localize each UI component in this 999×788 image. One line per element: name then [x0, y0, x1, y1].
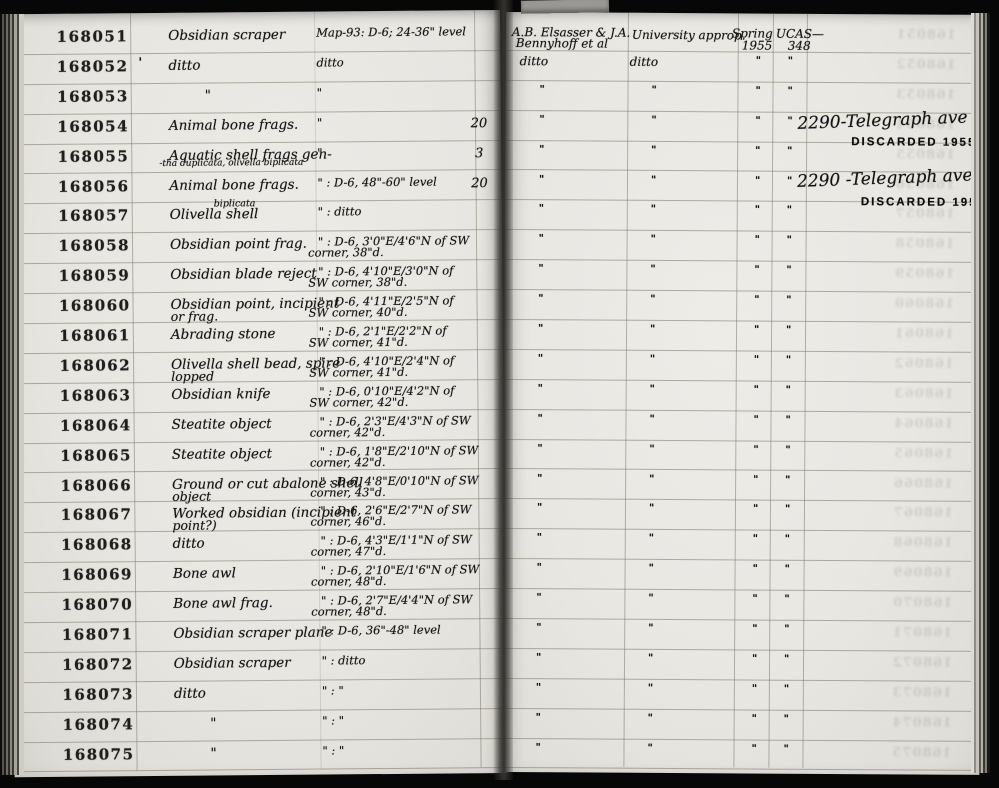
ditto-accession: " [786, 385, 792, 396]
ditto-collector: " [538, 293, 544, 304]
ditto-accession: " [787, 115, 793, 126]
object-description: " [210, 715, 216, 731]
ditto-collector: " [539, 234, 545, 245]
ditto-source: " [649, 473, 655, 484]
ditto-date: " [752, 683, 758, 694]
showthrough-number: 168072 [884, 655, 960, 670]
object-description: ditto [174, 685, 206, 701]
showthrough-number: 168061 [886, 326, 962, 341]
ditto-date: " [755, 115, 761, 126]
binding-tab [521, 0, 609, 14]
object-description: Steatite object [172, 416, 272, 433]
object-description: Steatite object [172, 446, 272, 463]
object-description: Obsidian scraper [174, 655, 291, 672]
provenance-entry-line2: corner, 42"d. [310, 425, 386, 440]
catalog-number: 168067 [30, 506, 132, 525]
ditto-accession: " [788, 56, 794, 67]
ditto-source: " [651, 234, 657, 245]
provenance-entry: " : ditto [322, 653, 366, 667]
ditto-accession: " [787, 205, 793, 216]
ditto-collector: " [537, 562, 543, 573]
ditto-source: " [648, 593, 654, 604]
ditto-accession: " [786, 325, 792, 336]
ditto-date: " [753, 564, 759, 575]
ditto-collector: " [538, 353, 544, 364]
provenance-entry: " : ditto [318, 205, 362, 219]
ditto-source: " [651, 85, 657, 96]
check-tick: ' [138, 55, 142, 69]
catalog-number: 168054 [27, 117, 129, 136]
ditto-date: " [753, 534, 759, 545]
catalog-number: 168062 [29, 356, 131, 375]
ditto-accession: " [784, 594, 790, 605]
provenance-entry-line2: SW corner, 42"d. [309, 395, 408, 410]
ditto-accession: " [785, 444, 791, 455]
catalog-number: 168065 [30, 446, 132, 465]
ditto-collector: " [536, 592, 542, 603]
ditto-accession: " [787, 175, 793, 186]
ditto-collector: " [538, 263, 544, 274]
ditto-accession: " [784, 654, 790, 665]
ditto-source: " [649, 443, 655, 454]
provenance-entry-line2: corner, 38"d. [308, 245, 384, 260]
ditto-accession: " [784, 624, 790, 635]
provenance-entry: " : " [322, 743, 344, 757]
ditto-date: " [754, 325, 760, 336]
species-annotation: -tha duplicata, olivella biplicata [159, 157, 303, 168]
ditto-collector: " [538, 383, 544, 394]
source-entry: University approp. [632, 30, 746, 42]
discarded-stamp: DISCARDED 1955 [851, 136, 976, 149]
ditto-accession: " [785, 504, 791, 515]
ditto-source: " [648, 623, 654, 634]
ditto-date: " [753, 474, 759, 485]
ditto-source: " [651, 174, 657, 185]
discarded-stamp: DISCARDED 1955 [861, 196, 986, 209]
provenance-entry: " : " [322, 683, 344, 697]
ditto-date: " [755, 205, 761, 216]
ditto-date: " [752, 653, 758, 664]
catalog-number: 168070 [31, 595, 133, 614]
object-description: Obsidian point frag. [170, 236, 307, 253]
ditto-collector: " [537, 443, 543, 454]
provenance-entry-line2: SW corner, 41"d. [309, 365, 408, 380]
showthrough-number: 168055 [887, 147, 963, 162]
provenance-entry-line2: SW corner, 38"d. [308, 275, 407, 290]
ditto-accession: " [785, 414, 791, 425]
date-year: 1955 [742, 40, 773, 51]
object-description: Obsidian scraper [168, 27, 285, 44]
ditto-source: " [650, 354, 656, 365]
catalog-number: 168064 [30, 416, 132, 435]
object-description: Obsidian scraper plane [173, 624, 332, 641]
right-page: dittoditto""""""""""""""""""""""""""""""… [501, 12, 984, 775]
ditto-date: " [752, 713, 758, 724]
provenance-entry: " [317, 115, 322, 129]
object-description: " [210, 745, 216, 761]
showthrough-number: 168051 [888, 27, 964, 42]
provenance-entry: " [317, 85, 322, 99]
catalog-number: 168072 [32, 655, 134, 674]
ditto-date: " [753, 414, 759, 425]
showthrough-number: 168073 [884, 685, 960, 700]
ditto-source: " [648, 713, 654, 724]
ditto-accession: " [787, 145, 793, 156]
ditto-source: " [651, 115, 657, 126]
catalog-number: 168074 [32, 715, 134, 734]
showthrough-number: 168068 [885, 536, 961, 551]
ditto-source: " [650, 324, 656, 335]
showthrough-number: 168075 [883, 745, 959, 760]
binding-gutter [493, 0, 513, 780]
ditto-accession: " [783, 743, 789, 754]
ditto-source: " [649, 414, 655, 425]
object-description: Abrading stone [171, 326, 276, 343]
ditto-source: " [650, 294, 656, 305]
ditto-source: " [650, 384, 656, 395]
provenance-entry: " : D-6, 36"-48" level [321, 623, 440, 638]
ditto-date: " [752, 624, 758, 635]
provenance-entry-line2: SW corner, 41"d. [309, 335, 408, 350]
showthrough-number: 168069 [885, 566, 961, 581]
collector-name-2: Bennyhoff et al [516, 38, 608, 50]
catalog-number: 168060 [28, 296, 130, 315]
catalog-number: 168071 [31, 625, 133, 644]
ditto-date: " [754, 295, 760, 306]
showthrough-number: 168070 [884, 595, 960, 610]
left-page-edges [0, 14, 24, 775]
object-description: Animal bone frags. [169, 116, 298, 133]
ditto-collector: " [539, 114, 545, 125]
showthrough-number: 168071 [884, 625, 960, 640]
ditto-collector: " [535, 742, 541, 753]
ditto-collector: " [536, 652, 542, 663]
ditto-source: ditto [630, 55, 658, 69]
showthrough-number: 168063 [886, 386, 962, 401]
ditto-collector: " [539, 204, 545, 215]
object-description: ditto [173, 536, 205, 552]
showthrough-number: 168053 [887, 87, 963, 102]
ditto-collector: " [536, 622, 542, 633]
ditto-accession: " [786, 295, 792, 306]
ditto-source: " [650, 264, 656, 275]
ditto-source: " [649, 533, 655, 544]
showthrough-number: 168064 [885, 416, 961, 431]
showthrough-number: 168059 [886, 267, 962, 282]
catalog-number: 168051 [26, 27, 128, 46]
ditto-date: " [755, 145, 761, 156]
catalog-number: 168068 [31, 536, 133, 555]
specimen-count: 3 [461, 146, 497, 161]
catalog-number: 168073 [32, 685, 134, 704]
showthrough-number: 168052 [888, 57, 964, 72]
left-page: 168051Obsidian scraperMap-93: D-6; 24-36… [8, 10, 507, 777]
ditto-accession: " [786, 265, 792, 276]
ditto-collector: " [537, 503, 543, 514]
ditto-date: " [756, 55, 762, 66]
provenance-entry-line2: corner, 42"d. [310, 455, 386, 470]
ditto-accession: " [787, 86, 793, 97]
ditto-collector: " [537, 473, 543, 484]
showthrough-number: 168060 [886, 296, 962, 311]
object-description: Animal bone frags. [169, 176, 298, 193]
ditto-accession: " [785, 534, 791, 545]
right-page-edges [971, 13, 990, 773]
ditto-date: " [753, 504, 759, 515]
ditto-source: " [651, 144, 657, 155]
catalog-number: 168055 [27, 147, 129, 166]
provenance-entry: ditto [316, 55, 343, 69]
showthrough-number: 168074 [884, 715, 960, 730]
ditto-accession: " [784, 713, 790, 724]
ditto-collector: " [536, 712, 542, 723]
provenance-entry-line2: SW corner, 40"d. [309, 305, 408, 320]
catalog-number: 168057 [28, 207, 130, 226]
ditto-collector: " [537, 413, 543, 424]
showthrough-number: 168065 [885, 446, 961, 461]
ditto-source: " [649, 563, 655, 574]
ditto-source: " [651, 204, 657, 215]
catalog-number: 168058 [28, 237, 130, 256]
ditto-source: " [648, 683, 654, 694]
ditto-collector: ditto [520, 54, 548, 68]
showthrough-number: 168066 [885, 476, 961, 491]
provenance-entry-line2: corner, 48"d. [311, 574, 387, 589]
species-annotation: biplicata [214, 199, 256, 210]
showthrough-number: 168057 [887, 207, 963, 222]
object-description: Bone awl [173, 566, 236, 583]
ditto-accession: " [785, 564, 791, 575]
provenance-entry-line2: corner, 43"d. [310, 485, 386, 500]
ditto-collector: " [537, 532, 543, 543]
ditto-date: " [755, 235, 761, 246]
ditto-collector: " [536, 682, 542, 693]
ditto-accession: " [784, 684, 790, 695]
showthrough-number: 168062 [886, 356, 962, 371]
ditto-source: " [647, 742, 653, 753]
catalog-number: 168052 [26, 57, 128, 76]
ditto-collector: " [539, 174, 545, 185]
left-page-rows: 168051Obsidian scraperMap-93: D-6; 24-36… [8, 10, 500, 14]
ditto-date: " [755, 85, 761, 96]
ditto-date: " [752, 594, 758, 605]
catalog-number: 168061 [29, 326, 131, 345]
provenance-entry: " [317, 145, 322, 159]
ditto-accession: " [786, 355, 792, 366]
ditto-source: " [648, 653, 654, 664]
object-description: Obsidian blade reject [170, 266, 317, 283]
ditto-date: " [754, 384, 760, 395]
catalog-number: 168059 [28, 266, 130, 285]
ditto-date: " [753, 444, 759, 455]
provenance-entry-line2: corner, 46"d. [310, 514, 386, 529]
provenance-entry: " : " [322, 713, 344, 727]
ditto-collector: " [539, 84, 545, 95]
ditto-source: " [649, 503, 655, 514]
ditto-accession: " [787, 235, 793, 246]
ditto-collector: " [539, 144, 545, 155]
accession-number: 348 [788, 41, 811, 52]
object-description: Obsidian knife [171, 386, 270, 403]
showthrough-number: 168067 [885, 506, 961, 521]
object-description: Bone awl frag. [173, 595, 273, 612]
ditto-date: " [751, 743, 757, 754]
ditto-date: " [755, 175, 761, 186]
showthrough-number: 168058 [887, 237, 963, 252]
ledger-scan: 168051Obsidian scraperMap-93: D-6; 24-36… [0, 0, 999, 788]
ditto-date: " [754, 354, 760, 365]
ditto-collector: " [538, 323, 544, 334]
catalog-number: 168053 [27, 87, 129, 106]
provenance-entry-line2: corner, 47"d. [311, 544, 387, 559]
catalog-number: 168056 [27, 177, 129, 196]
object-description: " [205, 87, 211, 103]
catalog-number: 168075 [32, 745, 134, 764]
specimen-count: 20 [461, 116, 497, 131]
provenance-entry: " : D-6, 48"-60" level [317, 174, 436, 189]
object-description: ditto [168, 58, 200, 74]
ditto-accession: " [785, 474, 791, 485]
catalog-number: 168063 [29, 386, 131, 405]
provenance-entry: Map-93: D-6; 24-36" level [316, 24, 466, 39]
catalog-number: 168069 [31, 565, 133, 584]
provenance-entry-line2: corner, 48"d. [311, 604, 387, 619]
catalog-number: 168066 [30, 476, 132, 495]
ditto-date: " [754, 265, 760, 276]
ledger-row: 168075"" : " [14, 738, 506, 773]
